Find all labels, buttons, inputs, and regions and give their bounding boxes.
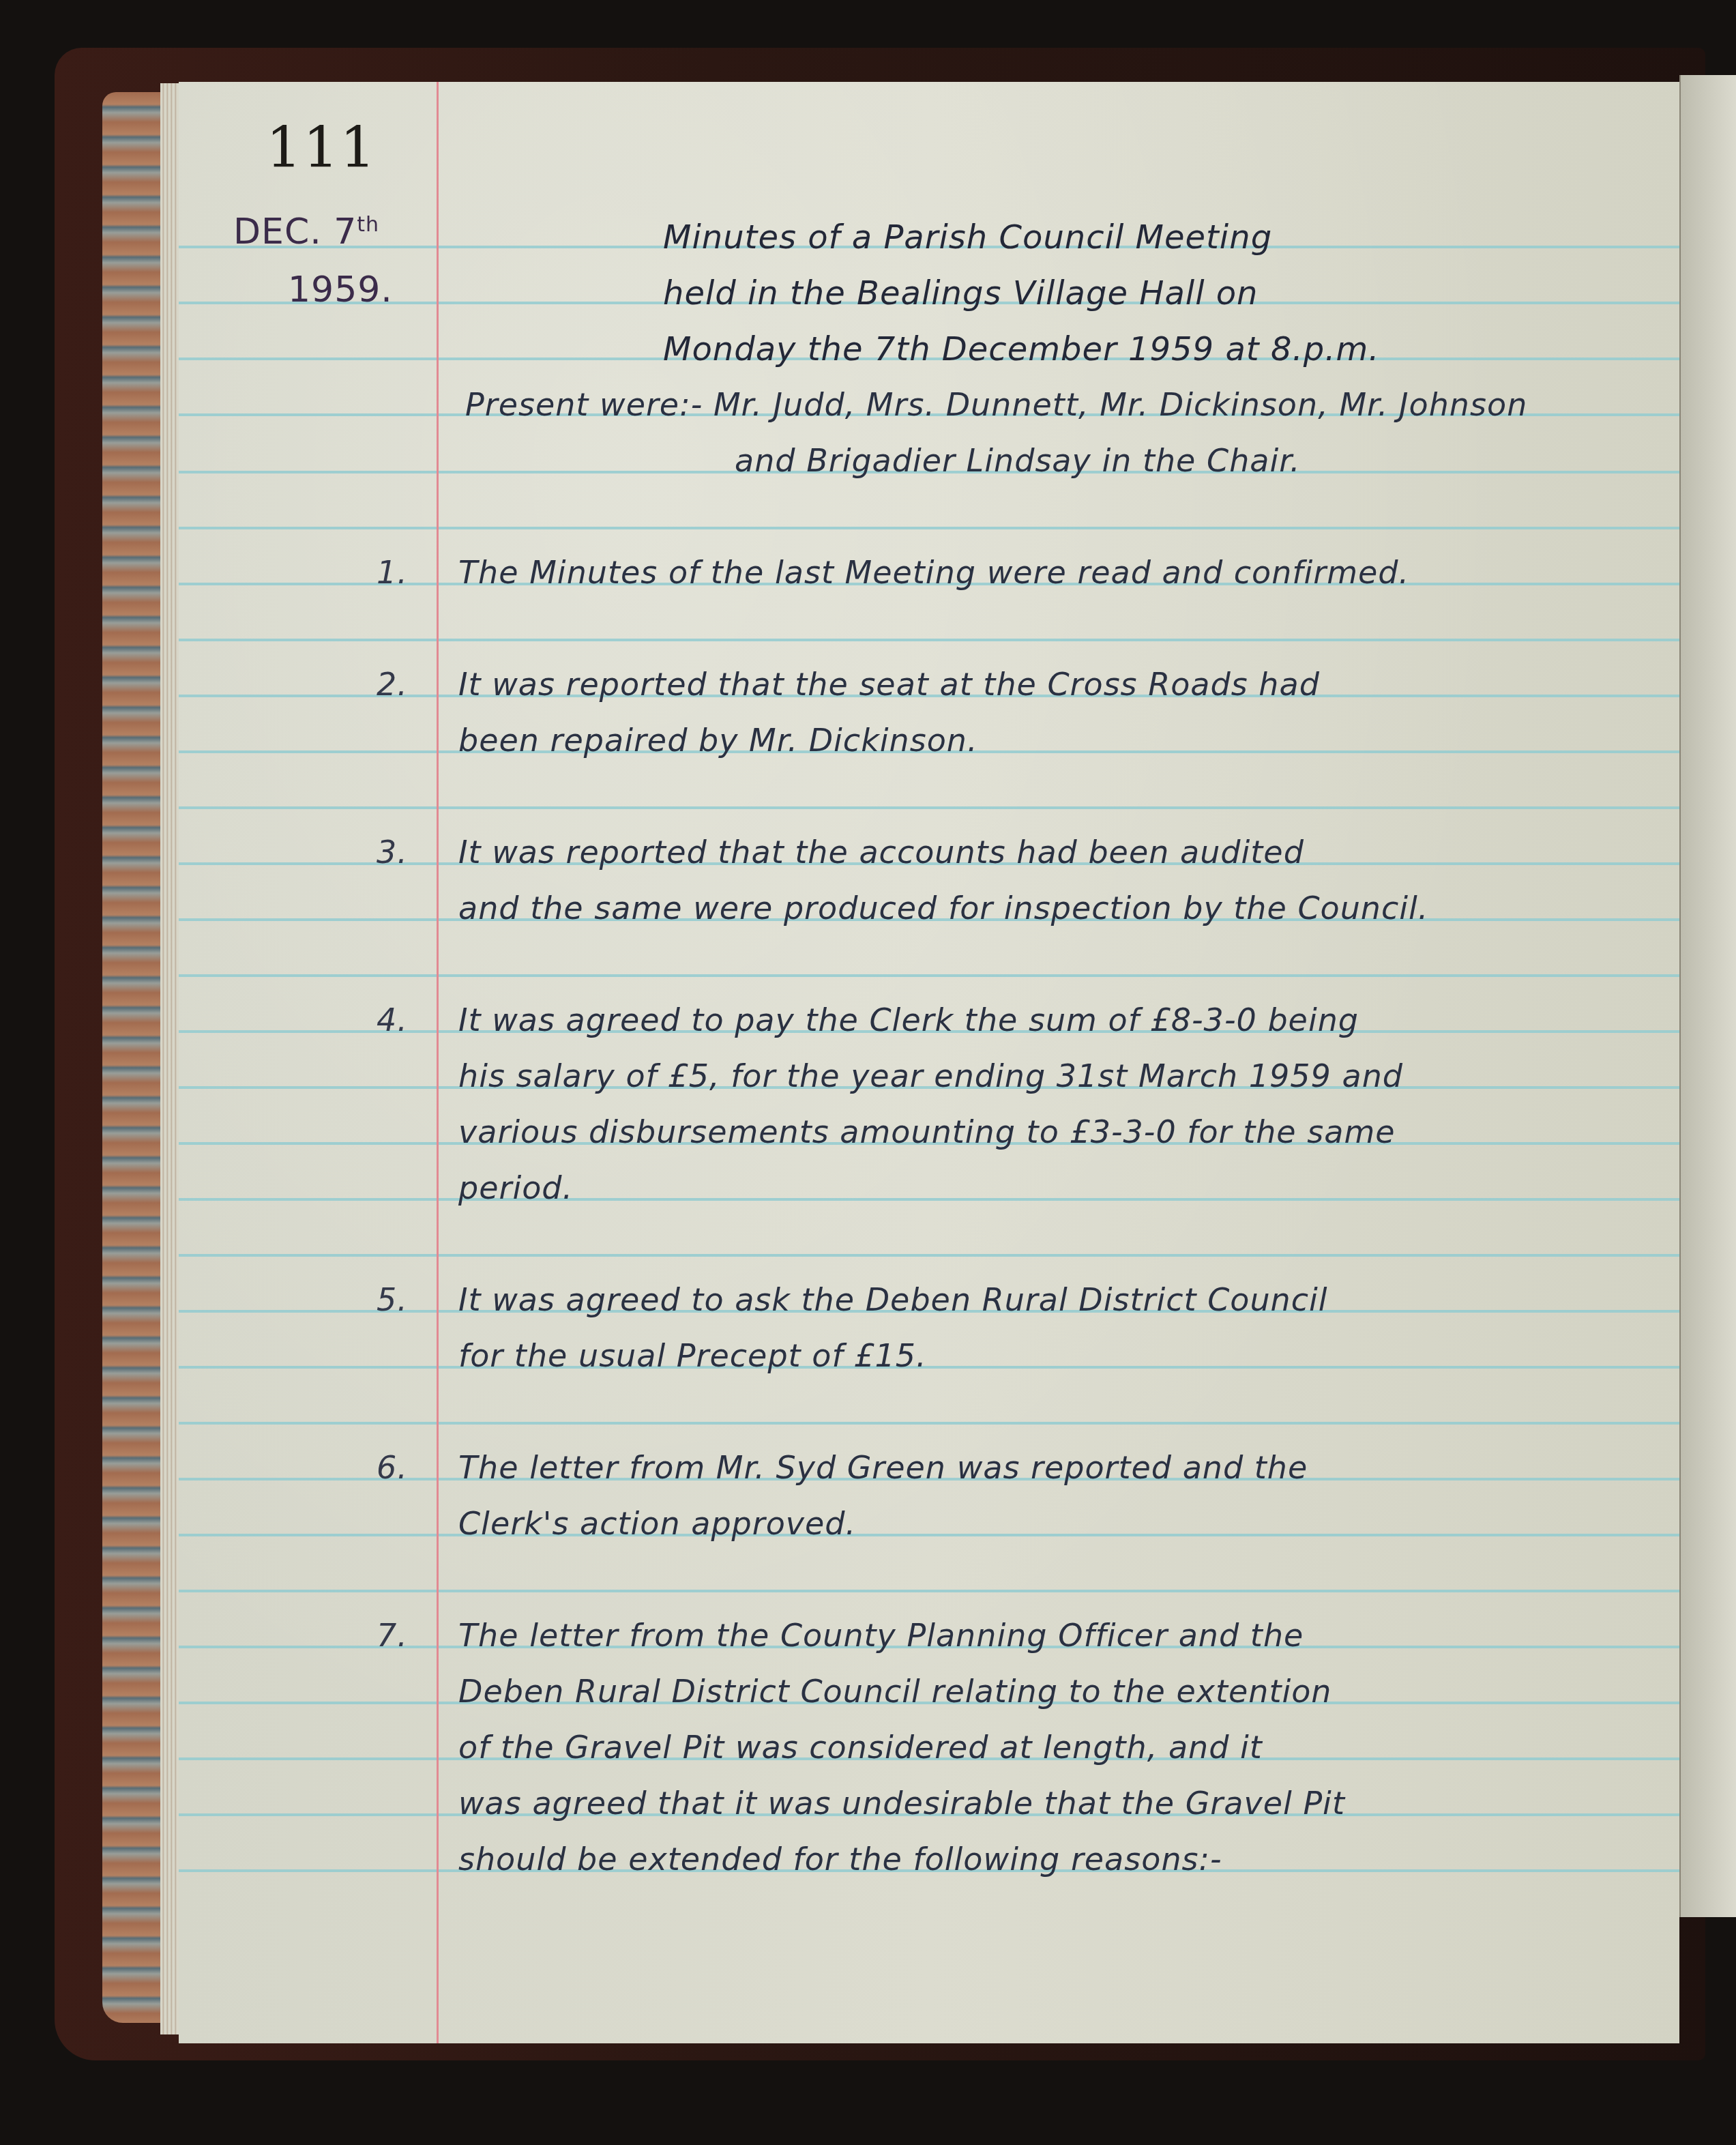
item-3-line-1: It was reported that the accounts had be… <box>458 834 1304 871</box>
item-number: 7. <box>377 1617 408 1654</box>
date-year: 1959. <box>288 269 393 310</box>
item-number: 4. <box>377 1002 408 1038</box>
item-4-line-1: It was agreed to pay the Clerk the sum o… <box>458 1002 1359 1038</box>
item-6-line-2: Clerk's action approved. <box>458 1505 856 1542</box>
rule-line <box>179 527 1679 529</box>
item-4-line-4: period. <box>458 1169 573 1206</box>
date-month-day: DEC. 7th <box>233 211 379 252</box>
item-4-line-2: his salary of £5, for the year ending 31… <box>458 1057 1403 1094</box>
item-7-line-1: The letter from the County Planning Offi… <box>458 1617 1304 1654</box>
item-2-line-1: It was reported that the seat at the Cro… <box>458 666 1320 703</box>
item-5-line-2: for the usual Precept of £15. <box>458 1337 927 1374</box>
item-7-line-3: of the Gravel Pit was considered at leng… <box>458 1729 1263 1766</box>
rule-line <box>179 1534 1679 1536</box>
minute-book-page: 111 DEC. 7th 1959. Minutes of a Parish C… <box>179 82 1679 2043</box>
attendance-line-1: Present were:- Mr. Judd, Mrs. Dunnett, M… <box>465 386 1527 423</box>
date-day: 7 <box>334 211 357 252</box>
attendance-line-2: and Brigadier Lindsay in the Chair. <box>735 442 1301 479</box>
item-number: 1. <box>377 554 408 591</box>
item-6-line-1: The letter from Mr. Syd Green was report… <box>458 1449 1308 1486</box>
item-number: 3. <box>377 834 408 871</box>
red-margin-line <box>437 82 439 2043</box>
item-number: 2. <box>377 666 408 703</box>
item-number: 6. <box>377 1449 408 1486</box>
date-day-suffix: th <box>357 213 379 237</box>
item-2-line-2: been repaired by Mr. Dickinson. <box>458 722 978 759</box>
rule-line <box>179 1590 1679 1592</box>
rule-line <box>179 1366 1679 1369</box>
item-number: 5. <box>377 1281 408 1318</box>
item-4-line-3: various disbursements amounting to £3-3-… <box>458 1113 1396 1150</box>
rule-line <box>179 639 1679 641</box>
item-7-line-5: should be extended for the following rea… <box>458 1841 1222 1878</box>
rule-line <box>179 1254 1679 1257</box>
rule-line <box>179 1198 1679 1201</box>
facing-page-edge <box>1679 75 1736 1917</box>
heading-line-3: Monday the 7th December 1959 at 8.p.m. <box>663 330 1379 368</box>
heading-line-1: Minutes of a Parish Council Meeting <box>663 218 1272 257</box>
item-5-line-1: It was agreed to ask the Deben Rural Dis… <box>458 1281 1328 1318</box>
heading-line-2: held in the Bealings Village Hall on <box>663 274 1259 312</box>
page-number: 111 <box>266 116 377 181</box>
date-month: DEC. <box>233 211 322 252</box>
page-stack <box>160 83 181 2034</box>
rule-line <box>179 974 1679 977</box>
rule-line <box>179 1422 1679 1425</box>
item-3-line-2: and the same were produced for inspectio… <box>458 890 1428 926</box>
item-1-line-1: The Minutes of the last Meeting were rea… <box>458 554 1409 591</box>
item-7-line-2: Deben Rural District Council relating to… <box>458 1673 1332 1710</box>
item-7-line-4: was agreed that it was undesirable that … <box>458 1785 1345 1822</box>
rule-line <box>179 806 1679 809</box>
